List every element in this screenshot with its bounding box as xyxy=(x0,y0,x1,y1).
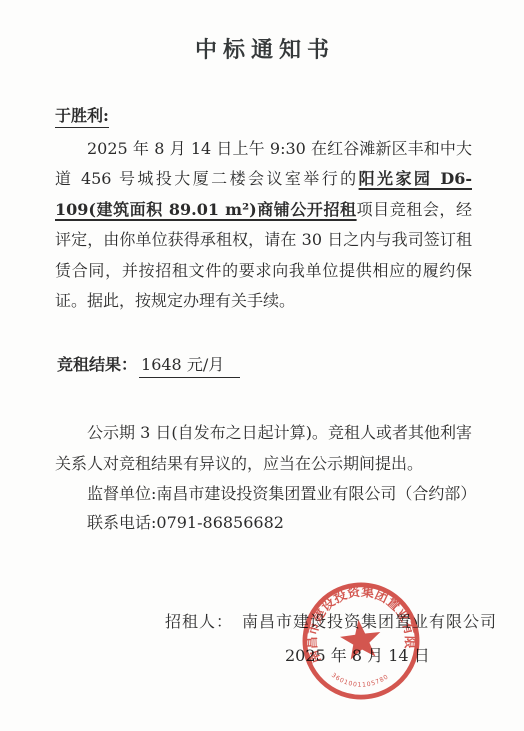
supervisor-line: 监督单位:南昌市建设投资集团置业有限公司（合约部） xyxy=(87,483,476,504)
document-page: 中标通知书 于胜利: 2025 年 8 月 14 日上午 9:30 在红谷滩新区… xyxy=(0,0,524,731)
body-paragraph: 2025 年 8 月 14 日上午 9:30 在红谷滩新区丰和中大道 456 号… xyxy=(55,134,472,316)
contact-phone-line: 联系电话:0791-86856682 xyxy=(87,512,284,533)
seal-serial-arc-textpath: 3601001105780 xyxy=(329,665,391,693)
renter-signature-line: 招租人：南昌市建设投资集团置业有限公司 xyxy=(165,611,497,632)
publicity-notice-paragraph: 公示期 3 日(自发布之日起计算)。竞租人或者其他利害关系人对竞租结果有异议的，… xyxy=(55,417,472,479)
signature-date: 2025 年 8 月 14 日 xyxy=(285,645,430,666)
seal-outer-ring xyxy=(298,578,423,703)
official-seal: 南昌市建设投资集团置业有限公司 3601001105780 xyxy=(293,573,429,709)
document-title: 中标通知书 xyxy=(0,33,524,64)
renter-label: 招租人： xyxy=(165,612,233,631)
salutation-text: 于胜利: xyxy=(55,105,109,128)
bid-result-value: 1648 元/月 xyxy=(139,354,240,378)
seal-serial-arc-text: 3601001105780 xyxy=(329,665,391,693)
bid-result-label: 竞租结果： xyxy=(57,355,137,374)
salutation: 于胜利: xyxy=(55,105,109,128)
bid-result-line: 竞租结果：1648 元/月 xyxy=(57,354,240,378)
renter-company-name: 南昌市建设投资集团置业有限公司 xyxy=(242,612,497,631)
